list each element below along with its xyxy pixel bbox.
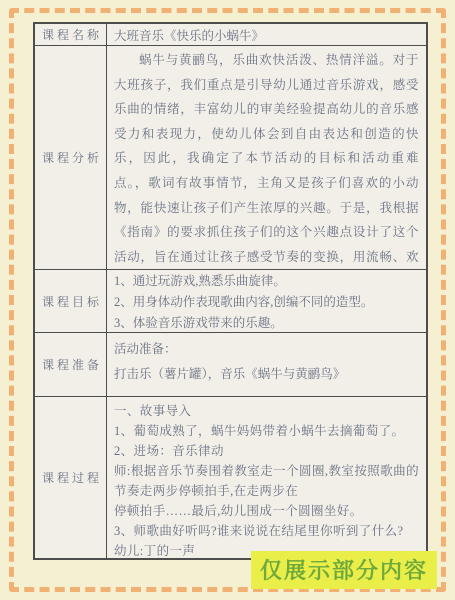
course-goals-content: 1、通过玩游戏,熟悉乐曲旋律。2、用身体动作表现歌曲内容,创编不同的造型。3、体…: [107, 270, 426, 332]
table-row-course-process: 课程过程 一、故事导入1、葡萄成熟了，蜗牛妈妈带着小蜗牛去摘葡萄了。2、进场：音…: [35, 397, 426, 558]
text-line: 师:根据音乐节奏围着教室走一个圆圈,教室按照歌曲的节奏走两步停顿拍手,在走两步在: [114, 461, 419, 501]
row-label-course-analysis: 课程分析: [35, 46, 107, 269]
text-line: 活动准备：: [114, 337, 419, 362]
text-line: 1、葡萄成熟了，蜗牛妈妈带着小蜗牛去摘葡萄了。: [114, 421, 419, 441]
text-line: 2、用身体动作表现歌曲内容,创编不同的造型。: [114, 292, 419, 313]
row-label-course-preparation: 课程准备: [35, 333, 107, 396]
row-label-course-name: 课程名称: [35, 24, 107, 45]
text-line: 3、体验音乐游戏带来的乐趣。: [114, 313, 419, 332]
course-analysis-paragraph: 蜗牛与黄鹂鸟，乐曲欢快活泼、热情洋溢。对于大班孩子，我们重点是引导幼儿通过音乐游…: [114, 46, 419, 269]
course-process-content: 一、故事导入1、葡萄成熟了，蜗牛妈妈带着小蜗牛去摘葡萄了。2、进场：音乐律动师:…: [107, 397, 426, 558]
row-label-course-process: 课程过程: [35, 397, 107, 558]
table-row-course-preparation: 课程准备 活动准备：打击乐（薯片罐），音乐《蜗牛与黄鹂鸟》: [35, 333, 426, 397]
course-analysis-content: 蜗牛与黄鹂鸟，乐曲欢快活泼、热情洋溢。对于大班孩子，我们重点是引导幼儿通过音乐游…: [107, 46, 426, 269]
text-line: 打击乐（薯片罐），音乐《蜗牛与黄鹂鸟》: [114, 362, 419, 387]
table-row-course-analysis: 课程分析 蜗牛与黄鹂鸟，乐曲欢快活泼、热情洋溢。对于大班孩子，我们重点是引导幼儿…: [35, 46, 426, 270]
text-line: 2、进场：音乐律动: [114, 441, 419, 461]
text-line: 停顿拍手……最后,幼儿围成一个圆圈坐好。: [114, 501, 419, 521]
row-label-course-goals: 课程目标: [35, 270, 107, 332]
text-line: 3、师歌曲好听吗?谁来说说在结尾里你听到了什么?: [114, 521, 419, 541]
text-line: 一、故事导入: [114, 401, 419, 421]
partial-content-badge: 仅展示部分内容: [251, 551, 437, 589]
text-line: 1、通过玩游戏,熟悉乐曲旋律。: [114, 271, 419, 292]
lesson-plan-table: 课程名称 大班音乐《快乐的小蜗牛》 课程分析 蜗牛与黄鹂鸟，乐曲欢快活泼、热情洋…: [33, 22, 428, 560]
lesson-plan-page: { "page": { "badge_label": "仅展示部分内容", "c…: [0, 0, 455, 600]
table-row-course-name: 课程名称 大班音乐《快乐的小蜗牛》: [35, 24, 426, 46]
course-name-value: 大班音乐《快乐的小蜗牛》: [107, 24, 426, 45]
course-preparation-content: 活动准备：打击乐（薯片罐），音乐《蜗牛与黄鹂鸟》: [107, 333, 426, 396]
table-row-course-goals: 课程目标 1、通过玩游戏,熟悉乐曲旋律。2、用身体动作表现歌曲内容,创编不同的造…: [35, 270, 426, 333]
